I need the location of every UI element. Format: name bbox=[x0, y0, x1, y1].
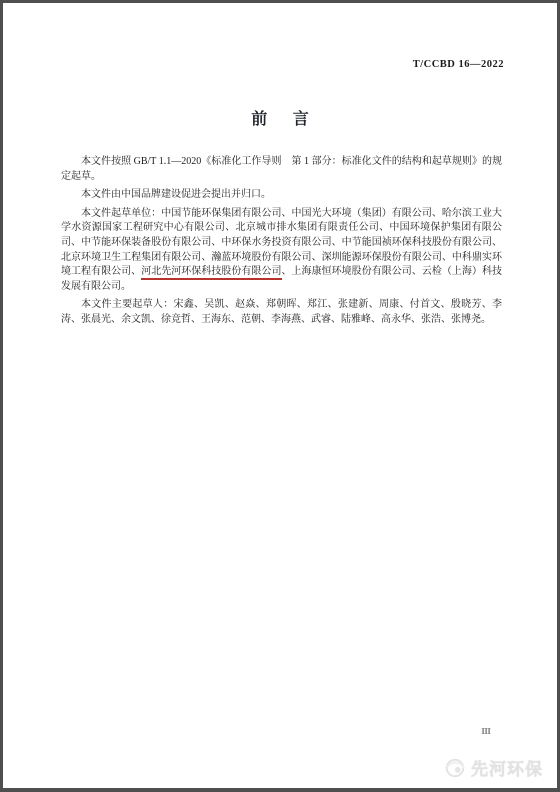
page-title: 前言 bbox=[3, 106, 557, 129]
xianhe-logo-icon bbox=[444, 757, 466, 779]
standard-code-header: T/CCBD 16—2022 bbox=[3, 59, 504, 70]
watermark-brand-text: 先河环保 bbox=[471, 755, 543, 780]
document-page: T/CCBD 16—2022 前言 本文件按照 GB/T 1.1—2020《标准… bbox=[3, 3, 557, 788]
watermark: 先河环保 bbox=[444, 755, 543, 780]
photo-frame: T/CCBD 16—2022 前言 本文件按照 GB/T 1.1—2020《标准… bbox=[0, 0, 560, 792]
paragraph-basis: 本文件按照 GB/T 1.1—2020《标准化工作导则 第 1 部分：标准化文件… bbox=[61, 155, 502, 184]
paragraph-drafters: 本文件主要起草人：宋鑫、吴凯、赵焱、郑朝晖、郑江、张建新、周康、付首文、殷晓芳、… bbox=[61, 298, 502, 327]
underlined-company-name: 河北先河环保科技股份有限公司 bbox=[141, 266, 281, 280]
foreword-content: 本文件按照 GB/T 1.1—2020《标准化工作导则 第 1 部分：标准化文件… bbox=[61, 155, 502, 328]
paragraph-drafting-orgs: 本文件起草单位：中国节能环保集团有限公司、中国光大环境（集团）有限公司、哈尔滨工… bbox=[61, 207, 502, 295]
page-number: Ⅲ bbox=[481, 726, 491, 736]
paragraph-issuer: 本文件由中国品牌建设促进会提出并归口。 bbox=[61, 188, 502, 203]
